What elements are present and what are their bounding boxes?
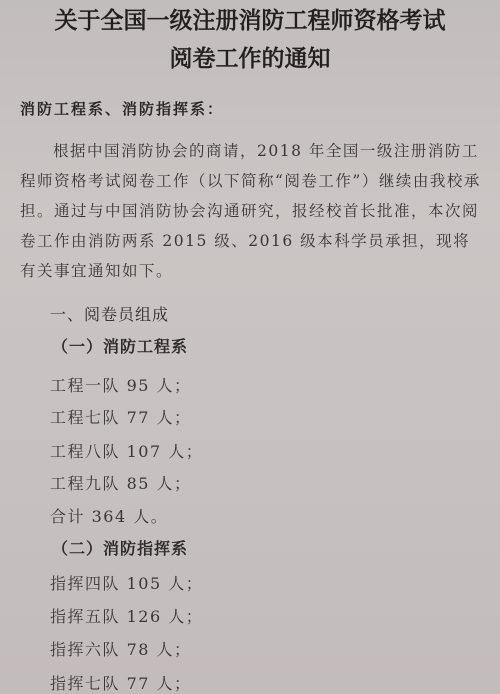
- document-title-line2: 阅卷工作的通知: [0, 40, 500, 73]
- list-item: 工程一队 95 人；: [50, 373, 192, 396]
- document-page: 关于全国一级注册消防工程师资格考试 阅卷工作的通知 消防工程系、消防指挥系： 根…: [0, 0, 500, 694]
- list-item: 工程七队 77 人；: [50, 405, 192, 428]
- list-item: 指挥五队 126 人；: [50, 604, 203, 627]
- list-item-total: 合计 364 人。: [50, 504, 168, 527]
- subsection-heading-command: （二）消防指挥系: [52, 536, 188, 559]
- section-heading-composition: 一、阅卷员组成: [50, 302, 169, 325]
- salutation: 消防工程系、消防指挥系：: [20, 98, 224, 119]
- list-item: 指挥四队 105 人；: [50, 571, 203, 594]
- body-paragraph: 根据中国消防协会的商请，2018 年全国一级注册消防工程师资格考试阅卷工作（以下…: [20, 136, 486, 286]
- list-item: 指挥六队 78 人；: [50, 637, 192, 660]
- list-item: 工程八队 107 人；: [50, 439, 203, 462]
- list-item: 指挥七队 77 人；: [50, 671, 192, 694]
- list-item: 工程九队 85 人；: [50, 471, 192, 494]
- document-title-line1: 关于全国一级注册消防工程师资格考试: [0, 2, 500, 35]
- subsection-heading-engineering: （一）消防工程系: [52, 334, 188, 357]
